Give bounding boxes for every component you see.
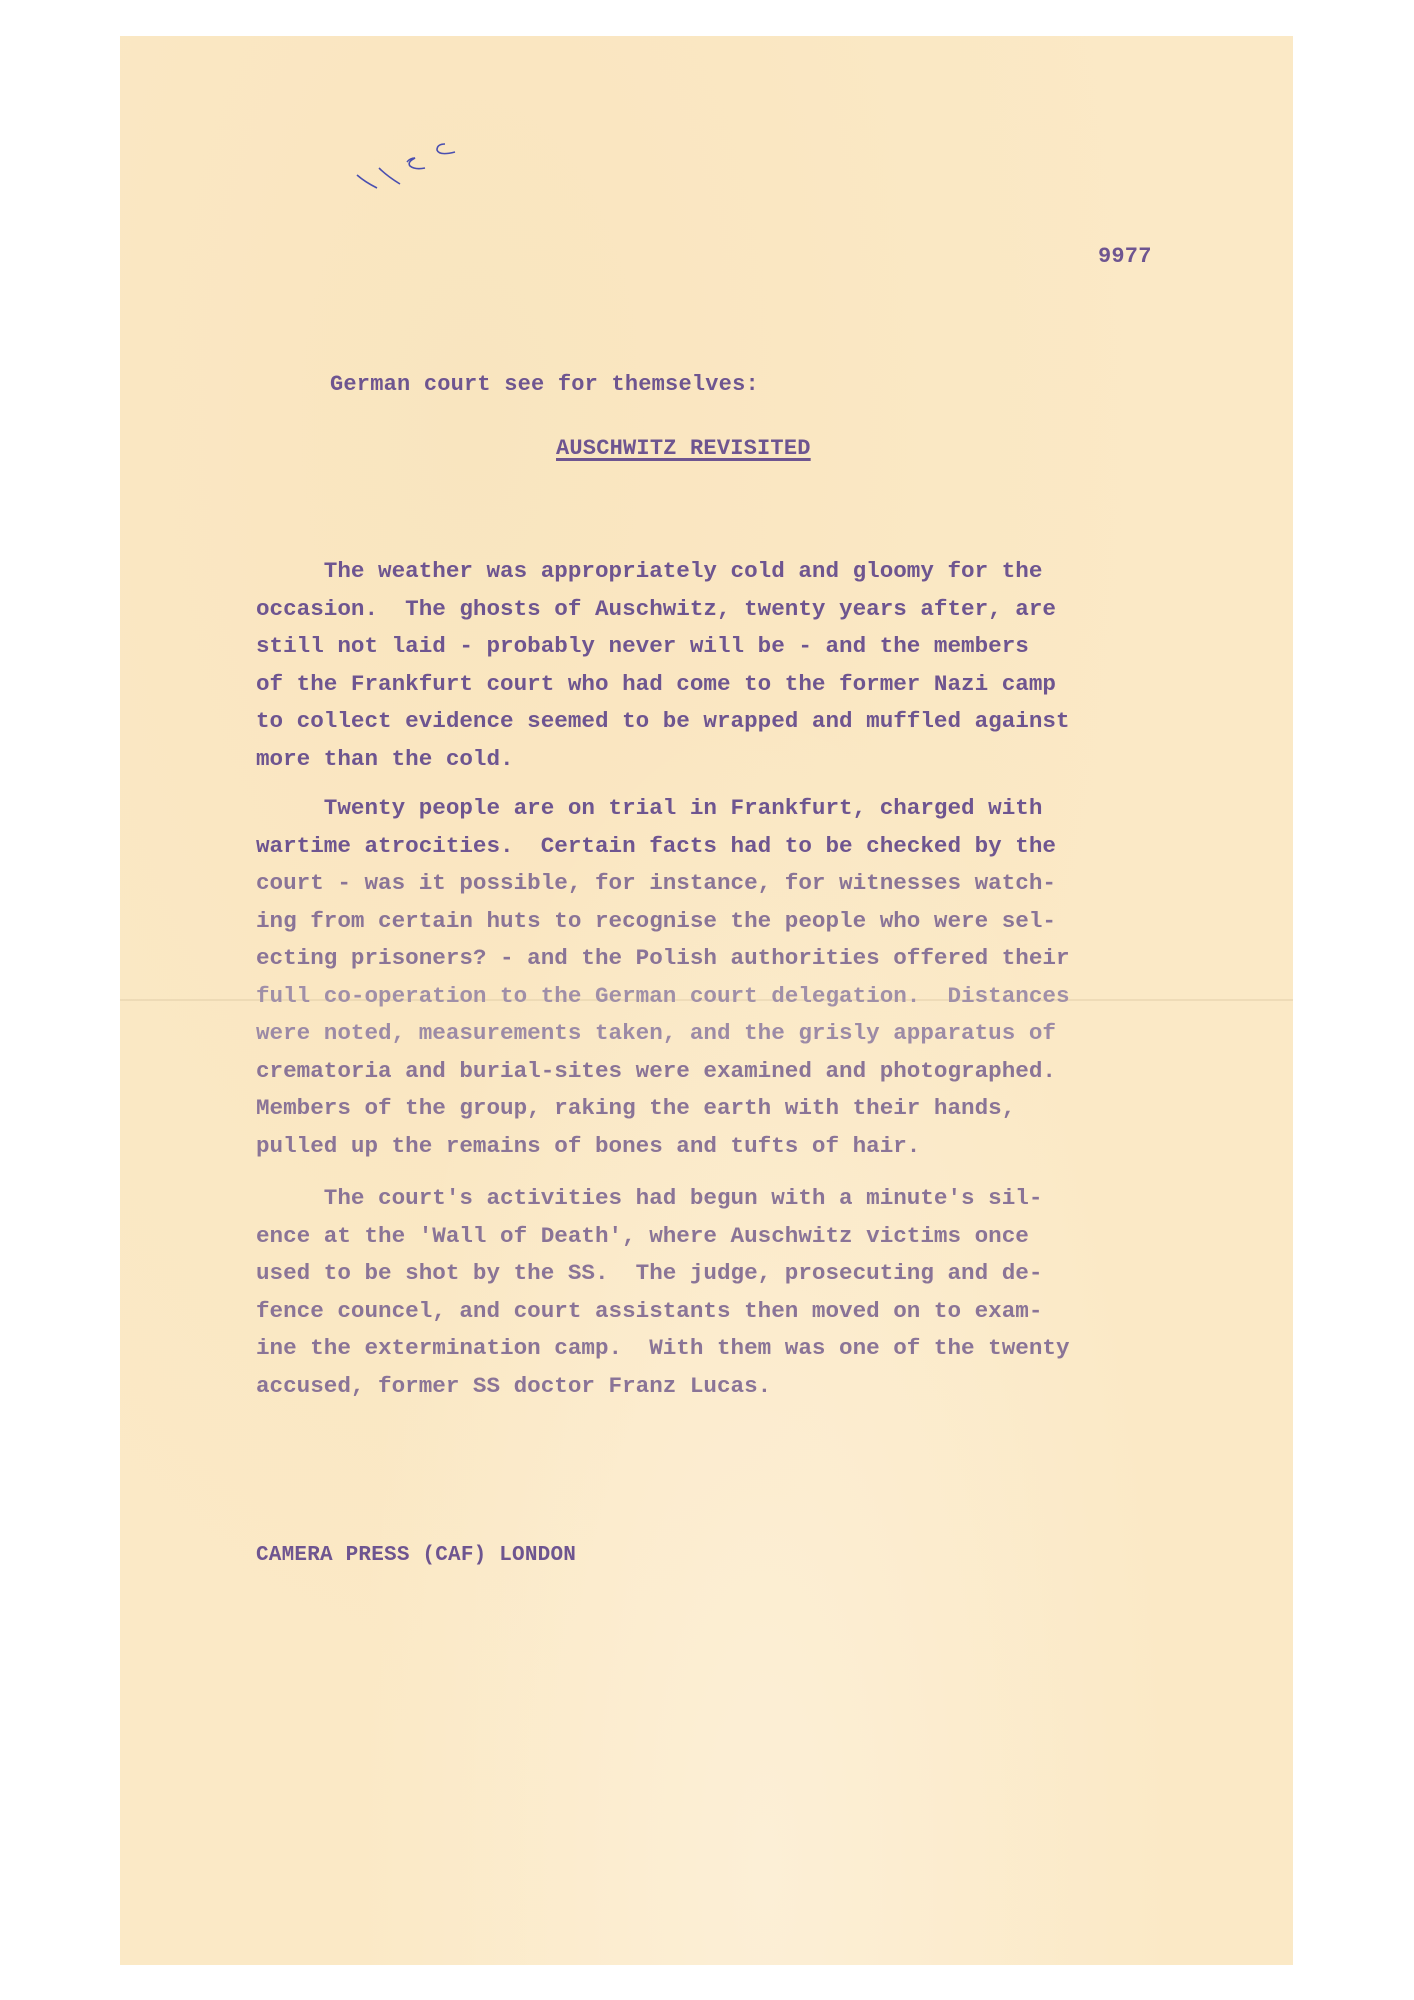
text-line: crematoria and burial-sites were examine…: [256, 1053, 1176, 1091]
paragraph-3: The court's activities had begun with a …: [256, 1180, 1176, 1405]
text-line: more than the cold.: [256, 741, 1176, 779]
text-line: pulled up the remains of bones and tufts…: [256, 1128, 1176, 1166]
text-line: ecting prisoners? - and the Polish autho…: [256, 940, 1176, 978]
text-line: The court's activities had begun with a …: [256, 1180, 1176, 1218]
headline: AUSCHWITZ REVISITED: [556, 436, 811, 461]
text-line: were noted, measurements taken, and the …: [256, 1015, 1176, 1053]
kicker-line: German court see for themselves:: [330, 372, 759, 397]
handwritten-note: [355, 140, 465, 200]
document-number: 9977: [1098, 244, 1152, 269]
text-line: to collect evidence seemed to be wrapped…: [256, 703, 1176, 741]
press-credit: CAMERA PRESS (CAF) LONDON: [256, 1544, 576, 1567]
text-line: accused, former SS doctor Franz Lucas.: [256, 1368, 1176, 1406]
text-line: ine the extermination camp. With them wa…: [256, 1330, 1176, 1368]
text-line: The weather was appropriately cold and g…: [256, 553, 1176, 591]
text-line: wartime atrocities. Certain facts had to…: [256, 828, 1176, 866]
text-line: full co-operation to the German court de…: [256, 978, 1176, 1016]
paragraph-1: The weather was appropriately cold and g…: [256, 553, 1176, 778]
text-line: court - was it possible, for instance, f…: [256, 865, 1176, 903]
text-line: still not laid - probably never will be …: [256, 628, 1176, 666]
text-line: fence councel, and court assistants then…: [256, 1293, 1176, 1331]
text-line: Twenty people are on trial in Frankfurt,…: [256, 790, 1176, 828]
text-line: ence at the 'Wall of Death', where Ausch…: [256, 1218, 1176, 1256]
text-line: Members of the group, raking the earth w…: [256, 1090, 1176, 1128]
text-line: of the Frankfurt court who had come to t…: [256, 666, 1176, 704]
text-line: used to be shot by the SS. The judge, pr…: [256, 1255, 1176, 1293]
paragraph-2: Twenty people are on trial in Frankfurt,…: [256, 790, 1176, 1165]
text-line: occasion. The ghosts of Auschwitz, twent…: [256, 591, 1176, 629]
text-line: ing from certain huts to recognise the p…: [256, 903, 1176, 941]
